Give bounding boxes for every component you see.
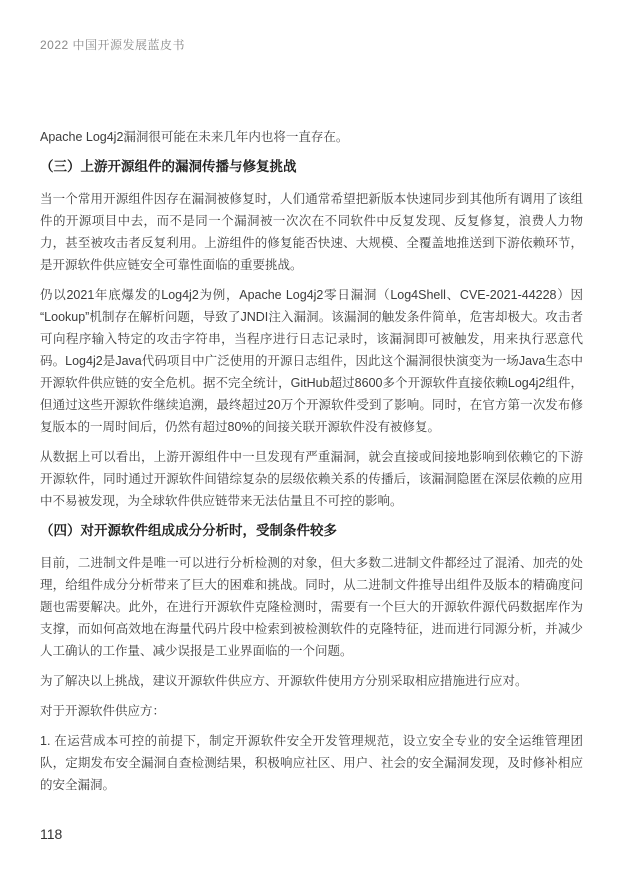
paragraph: Apache Log4j2漏洞很可能在未来几年内也将一直存在。 [40, 126, 583, 148]
paragraph: 目前，二进制文件是唯一可以进行分析检测的对象，但大多数二进制文件都经过了混淆、加… [40, 552, 583, 662]
document-page: 2022 中国开源发展蓝皮书 Apache Log4j2漏洞很可能在未来几年内也… [0, 0, 623, 869]
paragraph: 1. 在运营成本可控的前提下，制定开源软件安全开发管理规范，设立安全专业的安全运… [40, 730, 583, 796]
page-number: 118 [40, 826, 62, 842]
section-heading: （四）对开源软件组成成分分析时，受制条件较多 [40, 520, 583, 542]
paragraph: 从数据上可以看出，上游开源组件中一旦发现有严重漏洞，就会直接或间接地影响到依赖它… [40, 446, 583, 512]
paragraph: 仍以2021年底爆发的Log4j2为例，Apache Log4j2零日漏洞（Lo… [40, 284, 583, 438]
paragraph: 为了解决以上挑战，建议开源软件供应方、开源软件使用方分别采取相应措施进行应对。 [40, 670, 583, 692]
section-heading: （三）上游开源组件的漏洞传播与修复挑战 [40, 156, 583, 178]
paragraph: 对于开源软件供应方： [40, 700, 583, 722]
paragraph: 当一个常用开源组件因存在漏洞被修复时，人们通常希望把新版本快速同步到其他所有调用… [40, 188, 583, 276]
content-area: Apache Log4j2漏洞很可能在未来几年内也将一直存在。 （三）上游开源组… [40, 0, 583, 804]
